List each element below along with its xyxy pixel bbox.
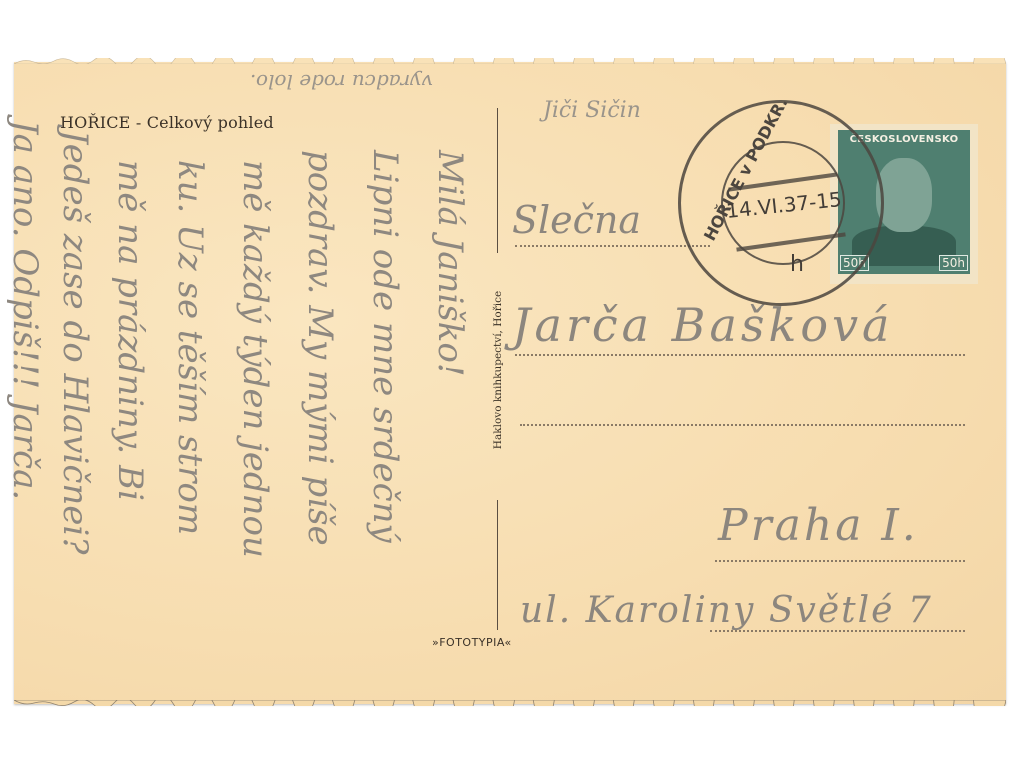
message-line: mě každý týden jednou [235,160,275,558]
publisher-imprint: Haklovo knihkupectví, Hořice [492,291,504,449]
address-line-2 [515,354,965,356]
card-deckle-edge-top [14,58,1006,64]
address-line-4 [715,560,965,562]
address-line-3 [520,424,965,426]
address-line-1 [515,245,710,247]
stamp-value-right: 50h [939,255,968,271]
center-divider-bottom [497,500,498,630]
message-line: pozdrav. My mými píše [300,150,340,546]
top-note: Jiči Sičin [543,98,641,123]
message-line: Milá Janiško! [430,150,470,377]
postmark-letter: h [790,252,804,277]
message-line: mě na prázdniny. Bi [110,160,150,501]
message-line: Jedeš zase do Hlavičnei? [55,130,95,555]
upside-down-note: vyradcu rode lolo. [250,70,433,94]
card-deckle-edge-bottom [14,700,1006,706]
address-city: Praha I. [718,500,919,551]
message-line: Lipni ode mne srdečný [365,150,405,543]
address-salutation: Slečna [512,198,641,242]
center-divider-top [497,108,498,253]
stamp-portrait-face [876,158,932,232]
address-street: ul. Karoliny Světlé 7 [520,590,933,631]
message-line: ku. Uz se těším strom [170,160,210,535]
address-name: Jarča Bašková [512,298,893,352]
printer-mark: »FOTOTYPIA« [432,636,512,649]
message-line: Ja ano. Odpiš!!! Jarča. [5,120,45,500]
